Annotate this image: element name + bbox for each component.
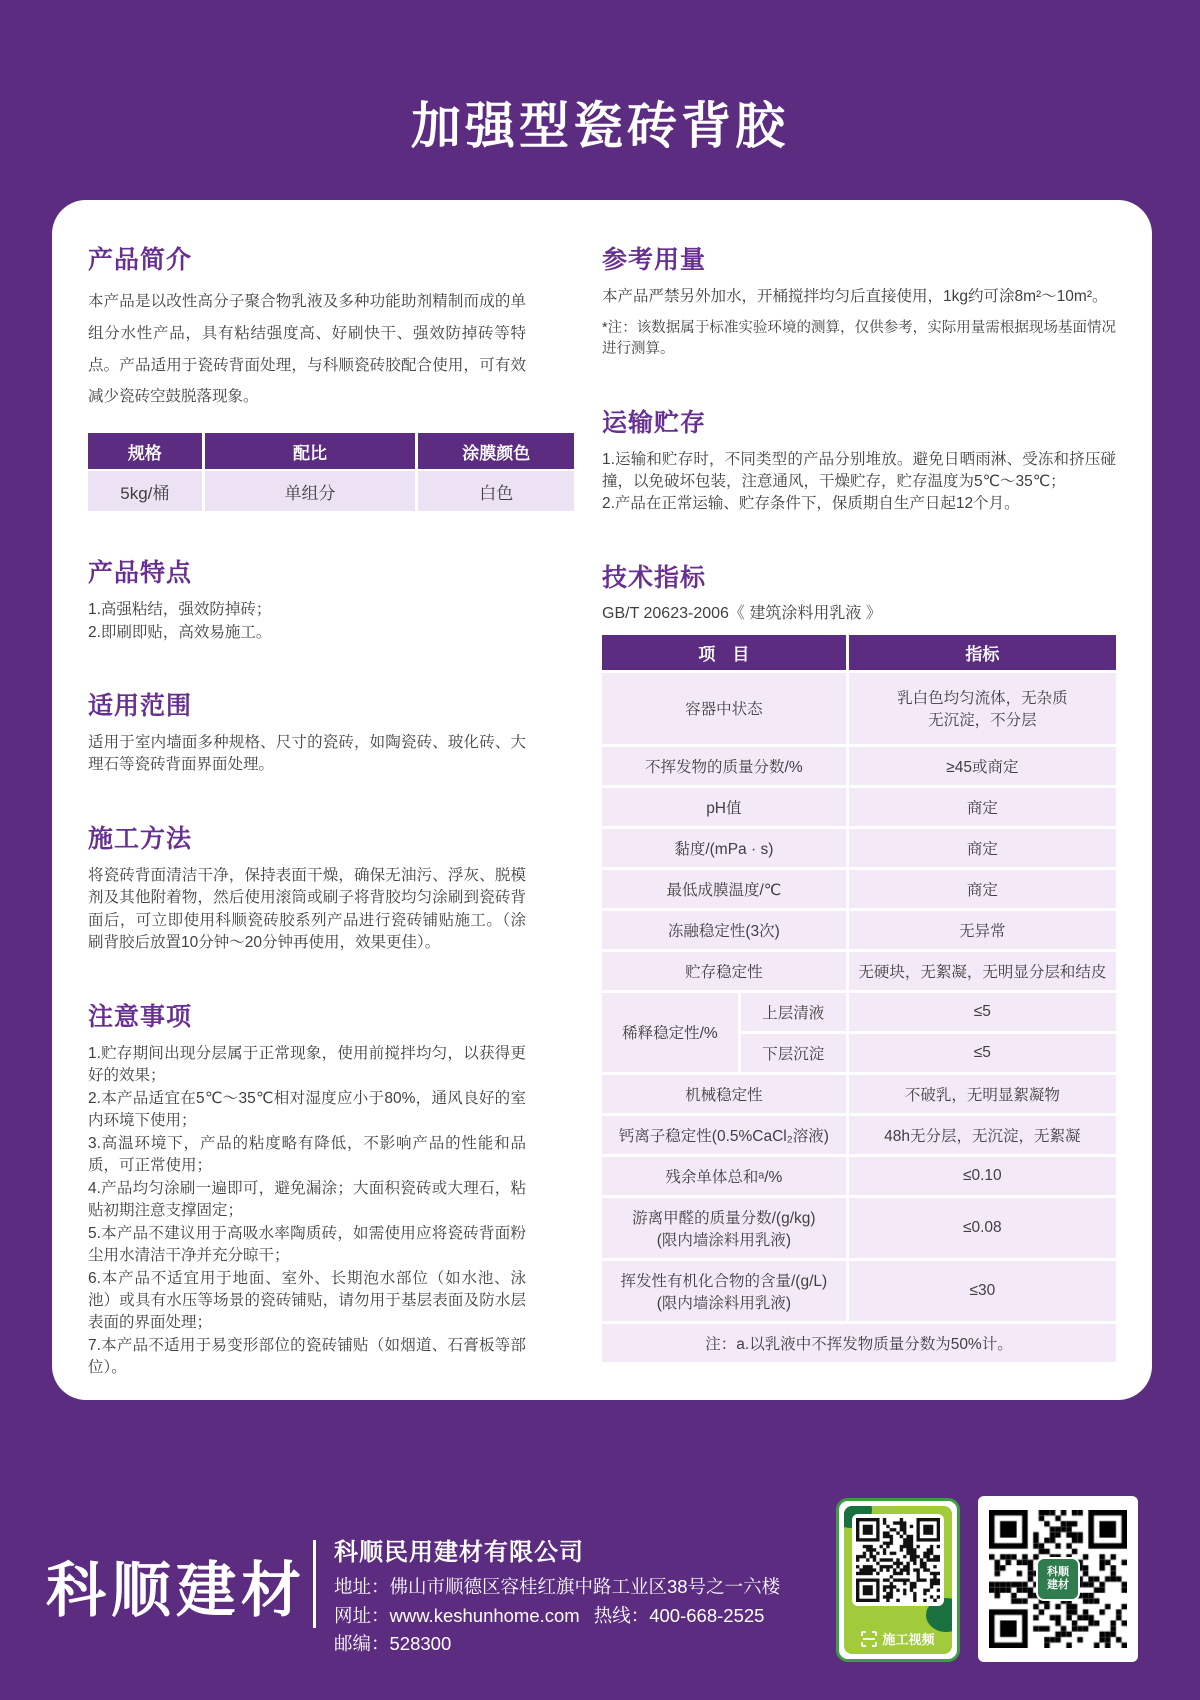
note-item: 3.高温环境下，产品的粘度略有降低，不影响产品的性能和品质，可正常使用； — [88, 1133, 526, 1178]
tech-item: 黏度/(mPa · s) — [602, 829, 849, 870]
tech-item: 钙离子稳定性(0.5%CaCl₂溶液) — [602, 1116, 849, 1157]
section-features: 产品特点 1.高强粘结，强效防掉砖； 2.即刷即贴，高效易施工。 — [88, 553, 574, 644]
section-title-intro: 产品简介 — [88, 240, 574, 276]
qr-code-wechat: 科顺 建材 — [978, 1496, 1138, 1662]
tech-row: 机械稳定性 不破乳，无明显絮凝物 — [602, 1075, 1116, 1116]
tech-row: 最低成膜温度/℃ 商定 — [602, 870, 1116, 911]
content-card: 产品简介 本产品是以改性高分子聚合物乳液及多种功能助剂精制而成的单组分水性产品，… — [52, 200, 1152, 1400]
section-title-storage: 运输贮存 — [602, 403, 1116, 439]
note-item: 5.本产品不建议用于高吸水率陶质砖，如需使用应将瓷砖背面粉尘用水清洁干净并充分晾… — [88, 1223, 526, 1268]
tech-item: 容器中状态 — [602, 673, 849, 747]
tech-item: pH值 — [602, 788, 849, 829]
note-item: 4.产品均匀涂刷一遍即可，避免漏涂；大面积瓷砖或大理石，粘贴初期注意支撑固定； — [88, 1178, 526, 1223]
tech-value: 乳白色均匀流体，无杂质 无沉淀，不分层 — [849, 673, 1116, 747]
storage-item: 2.产品在正常运输、贮存条件下，保质期自生产日起12个月。 — [602, 493, 1116, 515]
tech-value: ≤0.10 — [849, 1157, 1116, 1198]
dosage-note: *注：该数据属于标准实验环境的测算，仅供参考，实际用量需根据现场基面情况进行测算… — [602, 318, 1116, 360]
tech-value: 商定 — [849, 788, 1116, 829]
tech-sub-label: 下层沉淀 — [741, 1034, 849, 1075]
product-datasheet-page: 加强型瓷砖背胶 产品简介 本产品是以改性高分子聚合物乳液及多种功能助剂精制而成的… — [0, 0, 1200, 1700]
note-item: 2.本产品适宜在5℃～35℃相对湿度应小于80%，通风良好的室内环境下使用； — [88, 1088, 526, 1133]
tech-header-value: 指标 — [849, 635, 1116, 673]
qr-center-logo: 科顺 建材 — [1036, 1557, 1080, 1601]
spec-value-ratio: 单组分 — [205, 471, 419, 511]
tech-row: 黏度/(mPa · s) 商定 — [602, 829, 1116, 870]
footer-divider — [313, 1540, 316, 1628]
section-storage: 运输贮存 1.运输和贮存时，不同类型的产品分别堆放。避免日晒雨淋、受冻和挤压碰撞… — [602, 403, 1116, 516]
tech-row: 钙离子稳定性(0.5%CaCl₂溶液) 48h无分层，无沉淀，无絮凝 — [602, 1116, 1116, 1157]
tech-row: 残余单体总和ᵃ/% ≤0.10 — [602, 1157, 1116, 1198]
company-contact-line: 网址：www.keshunhome.com热线：400-668-2525 — [334, 1602, 780, 1631]
section-tech: 技术指标 GB/T 20623-2006《 建筑涂料用乳液 》 项 目 指标 容… — [602, 558, 1116, 1365]
tech-row: 游离甲醛的质量分数/(g/kg) (限内墙涂料用乳液) ≤0.08 — [602, 1198, 1116, 1261]
tech-item: 挥发性有机化合物的含量/(g/L) (限内墙涂料用乳液) — [602, 1261, 849, 1324]
intro-body: 本产品是以改性高分子聚合物乳液及多种功能助剂精制而成的单组分水性产品，具有粘结强… — [88, 286, 526, 413]
brand-logo: 科顺建材 — [46, 1543, 306, 1629]
spec-header-row: 规格 配比 涂膜颜色 — [88, 433, 574, 471]
tech-value: 无异常 — [849, 911, 1116, 952]
tech-item: 最低成膜温度/℃ — [602, 870, 849, 911]
tech-value: 不破乳，无明显絮凝物 — [849, 1075, 1116, 1116]
method-body: 将瓷砖背面清洁干净，保持表面干燥，确保无油污、浮灰、脱模剂及其他附着物，然后使用… — [88, 865, 526, 955]
section-title-method: 施工方法 — [88, 819, 574, 855]
tech-value: ≤0.08 — [849, 1198, 1116, 1261]
spec-header-color: 涂膜颜色 — [418, 433, 574, 471]
section-notes: 注意事项 1.贮存期间出现分层属于正常现象，使用前搅拌均匀，以获得更好的效果； … — [88, 997, 574, 1380]
feature-item: 2.即刷即贴，高效易施工。 — [88, 622, 526, 644]
tech-value: 商定 — [849, 870, 1116, 911]
section-title-notes: 注意事项 — [88, 997, 574, 1033]
company-address: 地址：佛山市顺德区容桂红旗中路工业区38号之一六楼 — [334, 1573, 780, 1602]
section-dosage: 参考用量 本产品严禁另外加水，开桶搅拌均匀后直接使用，1kg约可涂8m²～10m… — [602, 240, 1116, 361]
company-postcode: 邮编：528300 — [334, 1630, 780, 1659]
tech-row-dilution: 稀释稳定性/% 上层清液 ≤5 — [602, 993, 1116, 1034]
spec-value-row: 5kg/桶 单组分 白色 — [88, 471, 574, 511]
spec-header-size: 规格 — [88, 433, 205, 471]
tech-sub-label: 上层清液 — [741, 993, 849, 1034]
tech-item: 游离甲醛的质量分数/(g/kg) (限内墙涂料用乳液) — [602, 1198, 849, 1261]
qr-canvas — [856, 1518, 940, 1602]
section-title-scope: 适用范围 — [88, 686, 574, 722]
tech-group-label: 稀释稳定性/% — [602, 993, 741, 1075]
company-name: 科顺民用建材有限公司 — [334, 1532, 780, 1567]
tech-row: 容器中状态 乳白色均匀流体，无杂质 无沉淀，不分层 — [602, 673, 1116, 747]
tech-value: ≤5 — [849, 1034, 1116, 1075]
tech-value: 商定 — [849, 829, 1116, 870]
tech-item: 不挥发物的质量分数/% — [602, 747, 849, 788]
tech-value: ≤5 — [849, 993, 1116, 1034]
section-title-dosage: 参考用量 — [602, 240, 1116, 276]
qr-video-label-text: 施工视频 — [882, 1629, 934, 1648]
section-title-tech: 技术指标 — [602, 558, 1116, 594]
company-website: 网址：www.keshunhome.com — [334, 1605, 580, 1626]
tech-item: 贮存稳定性 — [602, 952, 849, 993]
tech-value: ≥45或商定 — [849, 747, 1116, 788]
note-item: 1.贮存期间出现分层属于正常现象，使用前搅拌均匀，以获得更好的效果； — [88, 1043, 526, 1088]
page-title: 加强型瓷砖背胶 — [0, 86, 1200, 158]
tech-value: ≤30 — [849, 1261, 1116, 1324]
qr-code-video: 施工视频 — [836, 1498, 960, 1662]
tech-item: 机械稳定性 — [602, 1075, 849, 1116]
spec-value-color: 白色 — [418, 471, 574, 511]
spec-header-ratio: 配比 — [205, 433, 419, 471]
scope-body: 适用于室内墙面多种规格、尺寸的瓷砖，如陶瓷砖、玻化砖、大理石等瓷砖背面界面处理。 — [88, 732, 526, 777]
qr-logo-text: 科顺 — [1047, 1566, 1069, 1579]
section-method: 施工方法 将瓷砖背面清洁干净，保持表面干燥，确保无油污、浮灰、脱模剂及其他附着物… — [88, 819, 574, 955]
spec-value-size: 5kg/桶 — [88, 471, 205, 511]
tech-header-row: 项 目 指标 — [602, 635, 1116, 673]
right-column: 参考用量 本产品严禁另外加水，开桶搅拌均匀后直接使用，1kg约可涂8m²～10m… — [602, 240, 1116, 1422]
tech-row: 冻融稳定性(3次) 无异常 — [602, 911, 1116, 952]
tech-note-row: 注：a.以乳液中不挥发物质量分数为50%计。 — [602, 1324, 1116, 1365]
footer-info: 科顺民用建材有限公司 地址：佛山市顺德区容桂红旗中路工业区38号之一六楼 网址：… — [334, 1532, 780, 1659]
section-scope: 适用范围 适用于室内墙面多种规格、尺寸的瓷砖，如陶瓷砖、玻化砖、大理石等瓷砖背面… — [88, 686, 574, 777]
dosage-body: 本产品严禁另外加水，开桶搅拌均匀后直接使用，1kg约可涂8m²～10m²。 — [602, 286, 1116, 308]
tech-row: 挥发性有机化合物的含量/(g/L) (限内墙涂料用乳液) ≤30 — [602, 1261, 1116, 1324]
feature-item: 1.高强粘结，强效防掉砖； — [88, 599, 526, 621]
left-column: 产品简介 本产品是以改性高分子聚合物乳液及多种功能助剂精制而成的单组分水性产品，… — [88, 240, 574, 1422]
note-item: 6.本产品不适宜用于地面、室外、长期泡水部位（如水池、泳池）或具有水压等场景的瓷… — [88, 1268, 526, 1335]
tech-value: 48h无分层，无沉淀，无絮凝 — [849, 1116, 1116, 1157]
tech-row: 不挥发物的质量分数/% ≥45或商定 — [602, 747, 1116, 788]
tech-row: pH值 商定 — [602, 788, 1116, 829]
tech-row: 贮存稳定性 无硬块，无絮凝，无明显分层和结皮 — [602, 952, 1116, 993]
section-product-intro: 产品简介 本产品是以改性高分子聚合物乳液及多种功能助剂精制而成的单组分水性产品，… — [88, 240, 574, 511]
tech-note: 注：a.以乳液中不挥发物质量分数为50%计。 — [602, 1324, 1116, 1365]
tech-standard: GB/T 20623-2006《 建筑涂料用乳液 》 — [602, 600, 1116, 623]
storage-item: 1.运输和贮存时，不同类型的产品分别堆放。避免日晒雨淋、受冻和挤压碰撞，以免破坏… — [602, 449, 1116, 494]
tech-header-item: 项 目 — [602, 635, 849, 673]
qr-video-frame: 施工视频 — [844, 1506, 952, 1654]
tech-table: 项 目 指标 容器中状态 乳白色均匀流体，无杂质 无沉淀，不分层 不挥发物的质量… — [602, 635, 1116, 1365]
tech-item: 冻融稳定性(3次) — [602, 911, 849, 952]
section-title-features: 产品特点 — [88, 553, 574, 589]
qr-video-label: 施工视频 — [844, 1629, 952, 1648]
qr-logo-text: 建材 — [1047, 1579, 1069, 1592]
tech-value: 无硬块，无絮凝，无明显分层和结皮 — [849, 952, 1116, 993]
note-item: 7.本产品不适用于易变形部位的瓷砖铺贴（如烟道、石膏板等部位）。 — [88, 1335, 526, 1380]
tech-item: 残余单体总和ᵃ/% — [602, 1157, 849, 1198]
company-hotline: 热线：400-668-2525 — [594, 1605, 765, 1626]
qr-video-code — [852, 1514, 944, 1606]
spec-table: 规格 配比 涂膜颜色 5kg/桶 单组分 白色 — [88, 433, 574, 511]
scan-icon — [861, 1631, 877, 1647]
